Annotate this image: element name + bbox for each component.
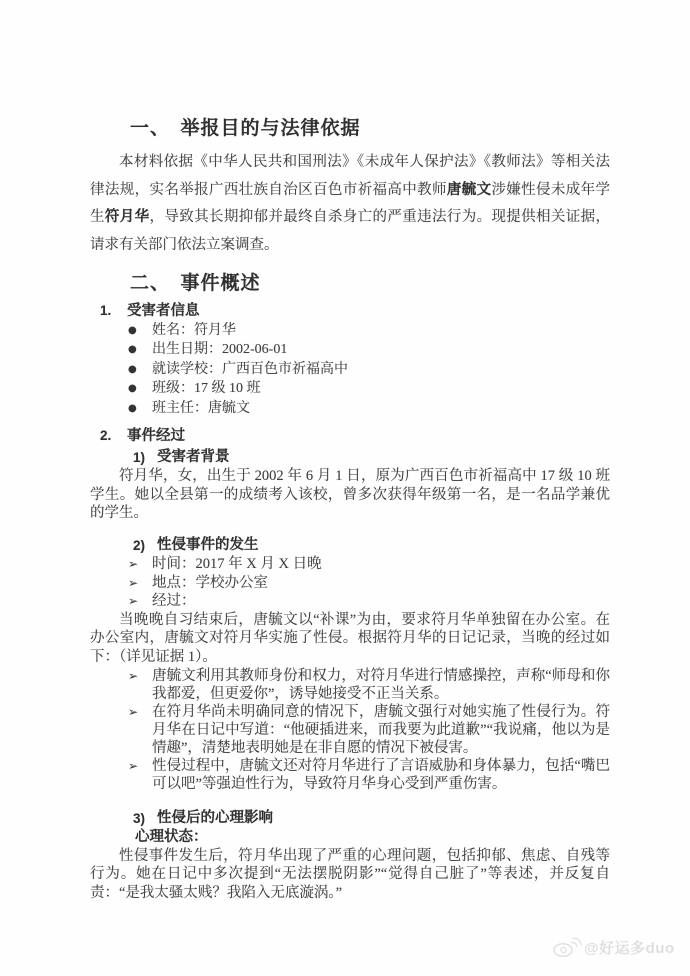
birthdate-value: 出生日期：2002-06-01	[152, 340, 287, 359]
intro-text-post: ，导致其长期抑郁并最终自杀身亡的严重违法行为。现提供相关证据，请求有关部门依法立…	[90, 209, 610, 253]
incident-time-value: 时间：2017 年 X 月 X 日晚	[152, 555, 322, 574]
background-title: 受害者背景	[157, 448, 230, 467]
weibo-logo-icon	[552, 936, 582, 958]
victim-info-title: 受害者信息	[127, 301, 200, 321]
event-course-title: 事件经过	[127, 426, 185, 446]
victim-name: 符月华	[105, 209, 150, 225]
background-subheading: 1) 受害者背景	[133, 448, 610, 467]
arrow-bullet-icon: ➢	[128, 592, 152, 611]
background-paragraph: 符月华，女，出生于 2002 年 6 月 1 日，原为广西百色市祈福高中 17 …	[90, 467, 610, 523]
incident-subheading: 2) 性侵事件的发生	[133, 536, 610, 555]
watermark-handle: @好运多duo	[584, 937, 675, 958]
incident-place-value: 地点：学校办公室	[152, 574, 268, 593]
victim-info-heading: 1. 受害者信息	[90, 301, 610, 321]
teacher-value: 班主任：唐毓文	[152, 399, 250, 418]
sublist-number: 1)	[133, 448, 157, 467]
impact-subheading: 3) 性侵后的心理影响	[133, 809, 610, 828]
impact-title: 性侵后的心理影响	[157, 809, 273, 828]
impact-paragraph: 性侵事件发生后，符月华出现了严重的心理问题，包括抑郁、焦虑、自残等行为。她在日记…	[90, 847, 610, 903]
arrow-bullet-icon: ➢	[128, 703, 152, 757]
accused-name: 唐毓文	[447, 182, 492, 198]
bullet-icon: ●	[128, 399, 152, 418]
incident-time-item: ➢ 时间：2017 年 X 月 X 日晚	[90, 555, 610, 574]
list-number: 1.	[100, 301, 127, 321]
bullet-icon: ●	[128, 321, 152, 340]
class-item: ● 班级：17 级 10 班	[90, 379, 610, 398]
arrow-bullet-icon: ➢	[128, 555, 152, 574]
section1-heading: 一、 举报目的与法律依据	[130, 112, 610, 141]
document-content: 一、 举报目的与法律依据 本材料依据《中华人民共和国刑法》《未成年人保护法》《教…	[90, 112, 610, 903]
school-value: 就读学校：广西百色市祈福高中	[152, 360, 348, 379]
incident-detail-item: ➢ 在符月华尚未明确同意的情况下，唐毓文强行对她实施了性侵行为。符月华在日记中写…	[90, 703, 610, 757]
victim-name-value: 姓名：符月华	[152, 321, 236, 340]
incident-process-item: ➢ 经过：	[90, 592, 610, 611]
incident-detail-item: ➢ 唐毓文利用其教师身份和权力，对符月华进行情感操控，声称“师母和你我都爱，但更…	[90, 667, 610, 703]
list-number: 2.	[100, 426, 127, 446]
bullet-icon: ●	[128, 360, 152, 379]
sublist-number: 3)	[133, 809, 157, 828]
incident-paragraph: 当晚晚自习结束后，唐毓文以“补课”为由，要求符月华单独留在办公室。在办公室内，唐…	[90, 611, 610, 667]
incident-place-item: ➢ 地点：学校办公室	[90, 574, 610, 593]
event-course-heading: 2. 事件经过	[90, 426, 610, 446]
birthdate-item: ● 出生日期：2002-06-01	[90, 340, 610, 359]
victim-name-item: ● 姓名：符月华	[90, 321, 610, 340]
incident-detail-text: 唐毓文利用其教师身份和权力，对符月华进行情感操控，声称“师母和你我都爱，但更爱你…	[152, 667, 610, 703]
bullet-icon: ●	[128, 340, 152, 359]
arrow-bullet-icon: ➢	[128, 574, 152, 593]
incident-detail-text: 性侵过程中，唐毓文还对符月华进行了言语威胁和身体暴力，包括“嘴巴可以吧”等强迫性…	[152, 757, 610, 793]
document-page: 一、 举报目的与法律依据 本材料依据《中华人民共和国刑法》《未成年人保护法》《教…	[0, 0, 690, 976]
intro-paragraph: 本材料依据《中华人民共和国刑法》《未成年人保护法》《教师法》等相关法律法规，实名…	[90, 149, 610, 259]
teacher-item: ● 班主任：唐毓文	[90, 399, 610, 418]
mental-state-label: 心理状态：	[135, 828, 610, 847]
incident-process-label: 经过：	[152, 592, 196, 611]
arrow-bullet-icon: ➢	[128, 667, 152, 703]
class-value: 班级：17 级 10 班	[152, 379, 261, 398]
school-item: ● 就读学校：广西百色市祈福高中	[90, 360, 610, 379]
incident-detail-text: 在符月华尚未明确同意的情况下，唐毓文强行对她实施了性侵行为。符月华在日记中写道：…	[152, 703, 610, 757]
bullet-icon: ●	[128, 379, 152, 398]
section2-heading: 二、 事件概述	[130, 267, 610, 296]
incident-title: 性侵事件的发生	[157, 536, 259, 555]
sublist-number: 2)	[133, 536, 157, 555]
weibo-watermark: @好运多duo	[552, 936, 675, 958]
incident-detail-item: ➢ 性侵过程中，唐毓文还对符月华进行了言语威胁和身体暴力，包括“嘴巴可以吧”等强…	[90, 757, 610, 793]
arrow-bullet-icon: ➢	[128, 757, 152, 793]
